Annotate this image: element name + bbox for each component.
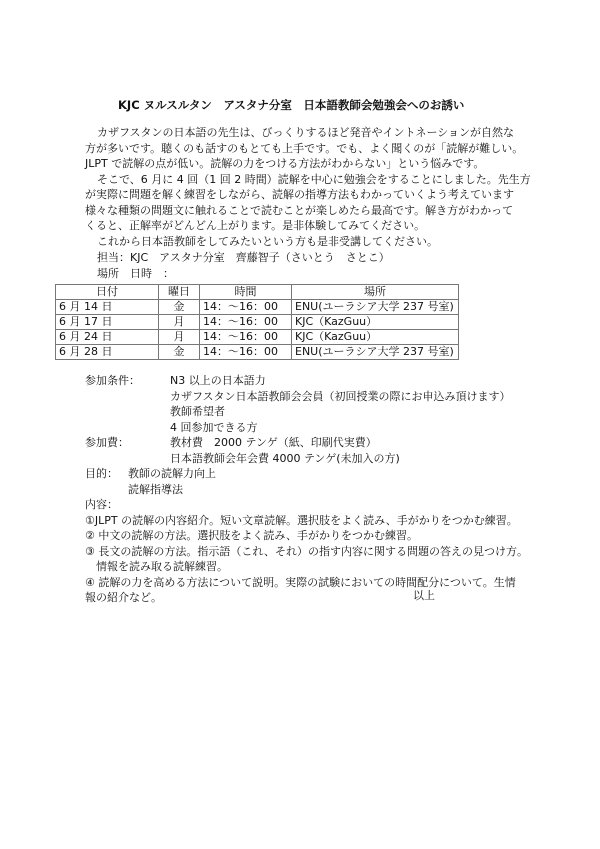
table-row: 6 月 17 日 月 14：～16：00 KJC（KazGuu） (56, 315, 459, 330)
document-title: KJC ヌルスルタン アスタナ分室 日本語教師会勉強会へのお誘い (118, 98, 464, 114)
fee-item: 教材費 2000 テンゲ（紙、印刷代実費） (170, 435, 400, 451)
intro-line: これから日本語教師をしてみたいという方も是非受講してください。 (85, 234, 545, 250)
condition-item: N3 以上の日本語力 (170, 373, 511, 389)
content-line: 報の紹介など。 (85, 590, 528, 606)
condition-item: カザフスタン日本語教師会会員（初回授業の際にお申込み頂けます） (170, 389, 511, 405)
cell-time: 14：～16：00 (200, 300, 292, 315)
intro-line: が実際に問題を解く練習をしながら、読解の指導方法もわかっていくよう考えています (85, 187, 545, 203)
cell-date: 6 月 28 日 (56, 345, 159, 360)
conditions-label: 参加条件： (85, 373, 170, 435)
intro-line: JLPT で読解の点が低い。読解の力をつける方法がわからない」という悩みです。 (85, 156, 545, 172)
intro-line: 様々な種類の問題文に触れることで読むことが楽しめたら最高です。解き方がわかって (85, 203, 545, 219)
table-header-row: 日付 曜日 時間 場所 (56, 285, 459, 300)
content-line: ② 中文の読解の方法。選択肢をよく読み、手がかりをつかむ練習。 (85, 528, 528, 544)
cell-time: 14：～16：00 (200, 330, 292, 345)
content-label: 内容： (85, 497, 528, 513)
content-line: 情報を読み取る読解練習。 (85, 559, 528, 575)
schedule-table: 日付 曜日 時間 場所 6 月 14 日 金 14：～16：00 ENU(ユーラ… (55, 284, 459, 360)
closing-text: 以上 (413, 588, 435, 604)
cell-time: 14：～16：00 (200, 345, 292, 360)
fees-label: 参加費： (85, 435, 170, 466)
intro-line: くると、正解率がどんどん上がります。是非体験してみてください。 (85, 218, 545, 234)
purpose-list: 教師の読解力向上 読解指導法 (128, 466, 216, 497)
fee-item: 日本語教師会年会費 4000 テンゲ(未加入の方) (170, 451, 400, 467)
cell-day: 金 (159, 300, 200, 315)
cell-day: 月 (159, 330, 200, 345)
table-row: 6 月 28 日 金 14：～16：00 ENU(ユーラシア大学 237 号室) (56, 345, 459, 360)
cell-day: 月 (159, 315, 200, 330)
place-time-label: 場所 日時 ： (97, 266, 390, 282)
fees-list: 教材費 2000 テンゲ（紙、印刷代実費） 日本語教師会年会費 4000 テンゲ… (170, 435, 400, 466)
cell-date: 6 月 24 日 (56, 330, 159, 345)
cell-place: ENU(ユーラシア大学 237 号室) (292, 300, 459, 315)
purpose-item: 読解指導法 (128, 482, 216, 498)
header-place: 場所 (292, 285, 459, 300)
intro-line: そこで、6 月に 4 回（1 回 2 時間）読解を中心に勉強会をすることにしまし… (85, 172, 545, 188)
purpose-row: 目的： 教師の読解力向上 読解指導法 (85, 466, 528, 497)
header-time: 時間 (200, 285, 292, 300)
intro-line: カザフスタンの日本語の先生は、びっくりするほど発音やイントネーションが自然な (85, 125, 545, 141)
content-line: ④ 読解の力を高める方法について説明。実際の試験においての時間配分について。生情 (85, 575, 528, 591)
header-day: 曜日 (159, 285, 200, 300)
content-line: ①JLPT の読解の内容紹介。短い文章読解。選択肢をよく読み、手がかりをつかむ練… (85, 513, 528, 529)
conditions-list: N3 以上の日本語力 カザフスタン日本語教師会会員（初回授業の際にお申込み頂けま… (170, 373, 511, 435)
purpose-label: 目的： (85, 466, 128, 497)
contact-block: 担当：KJC アスタナ分室 齊藤智子（さいとう さとこ） 場所 日時 ： (97, 250, 390, 281)
fees-row: 参加費： 教材費 2000 テンゲ（紙、印刷代実費） 日本語教師会年会費 400… (85, 435, 528, 466)
conditions-row: 参加条件： N3 以上の日本語力 カザフスタン日本語教師会会員（初回授業の際にお… (85, 373, 528, 435)
condition-item: 教師希望者 (170, 404, 511, 420)
table-row: 6 月 14 日 金 14：～16：00 ENU(ユーラシア大学 237 号室) (56, 300, 459, 315)
cell-place: ENU(ユーラシア大学 237 号室) (292, 345, 459, 360)
intro-line: 方が多いです。聴くのも話すのもとても上手です。でも、よく聞くのが「読解が難しい。 (85, 141, 545, 157)
requirements-section: 参加条件： N3 以上の日本語力 カザフスタン日本語教師会会員（初回授業の際にお… (85, 373, 528, 606)
cell-date: 6 月 17 日 (56, 315, 159, 330)
contact-person: 担当：KJC アスタナ分室 齊藤智子（さいとう さとこ） (97, 250, 390, 266)
intro-paragraph: カザフスタンの日本語の先生は、びっくりするほど発音やイントネーションが自然な 方… (85, 125, 545, 249)
purpose-item: 教師の読解力向上 (128, 466, 216, 482)
cell-time: 14：～16：00 (200, 315, 292, 330)
cell-day: 金 (159, 345, 200, 360)
table-row: 6 月 24 日 月 14：～16：00 KJC（KazGuu） (56, 330, 459, 345)
content-line: ③ 長文の読解の方法。指示語（これ、それ）の指す内容に関する問題の答えの見つけ方… (85, 544, 528, 560)
cell-date: 6 月 14 日 (56, 300, 159, 315)
cell-place: KJC（KazGuu） (292, 330, 459, 345)
condition-item: 4 回参加できる方 (170, 420, 511, 436)
header-date: 日付 (56, 285, 159, 300)
cell-place: KJC（KazGuu） (292, 315, 459, 330)
